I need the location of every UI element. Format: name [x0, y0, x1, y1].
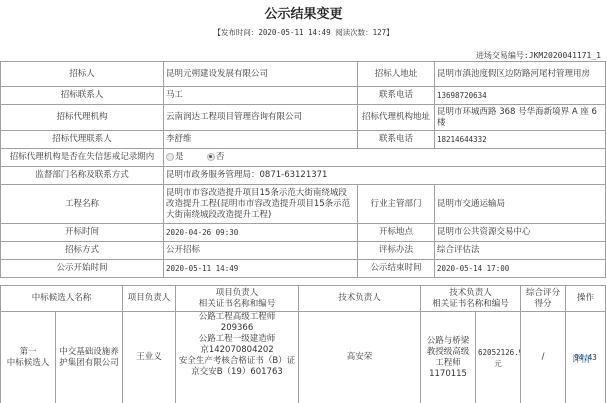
eval-label: 评标办法 — [358, 242, 435, 260]
tenderer-addr-value: 昆明市滇池度假区边防路河尾村管理用房 — [435, 62, 606, 87]
candidate-price-extra: / — [521, 312, 566, 403]
agency-contact-label: 招标代理联系人 — [1, 131, 164, 149]
row-agency: 招标代理机构 云南润达工程项目管理咨询有限公司 招标代理机构地址 昆明市环城西路… — [1, 105, 606, 131]
row-supervisor: 监督部门名称及联系方式 昆明市政务服务管理局：0871-63121371 — [1, 167, 606, 185]
col-tech-cert: 技术负责人 相关证书名称和编号 — [421, 286, 521, 312]
candidate-price: 62052126.91元 — [476, 312, 521, 403]
project-label: 工程名称 — [1, 185, 164, 224]
col-pm-cert: 项目负责人 相关证书名称和编号 — [176, 286, 299, 312]
pub-end-value: 2020-05-14 17:00 — [435, 260, 606, 278]
pub-end-label: 公示结束时间 — [358, 260, 435, 278]
pub-start-label: 公示开始时间 — [1, 260, 164, 278]
row-agency-contact: 招标代理联系人 李舒维 联系电话 18214644332 — [1, 131, 606, 149]
supervisor-value: 昆明市政务服务管理局：0871-63121371 — [164, 167, 606, 185]
radio-yes-label: 是 — [175, 152, 184, 162]
agency-phone-label: 联系电话 — [358, 131, 435, 149]
candidates-header: 中标候选人名称 项目负责人 项目负责人 相关证书名称和编号 技术负责人 技术负责… — [1, 286, 606, 312]
candidate-tech: 高安荣 — [299, 312, 421, 403]
eval-value: 综合评估法 — [435, 242, 606, 260]
tenderer-addr-label: 招标人地址 — [358, 62, 435, 87]
row-method: 招标方式 公开招标 评标办法 综合评估法 — [1, 242, 606, 260]
open-place-value: 昆明市公共资源交易中心 — [435, 224, 606, 242]
row-open: 开标时间 2020-04-26 09:30 开标地点 昆明市公共资源交易中心 — [1, 224, 606, 242]
tenderer-label: 招标人 — [1, 62, 164, 87]
candidate-rank: 第一 中标候选人 — [1, 312, 56, 403]
radio-no[interactable] — [207, 153, 215, 161]
details-link[interactable]: 详情 — [572, 352, 590, 365]
trade-number: 进场交易编号:JKM2020041171_1 — [476, 50, 601, 61]
info-table: 招标人 昆明元朔建设发展有限公司 招标人地址 昆明市滇池度假区边防路河尾村管理用… — [0, 61, 606, 278]
method-label: 招标方式 — [1, 242, 164, 260]
blacklist-options: 是 否 — [164, 149, 606, 167]
open-time-label: 开标时间 — [1, 224, 164, 242]
open-time-value: 2020-04-26 09:30 — [164, 224, 358, 242]
agency-addr-value: 昆明市环城西路 368 号华海新境界 A 座 6 楼 — [435, 105, 606, 131]
industry-value: 昆明市交通运输局 — [435, 185, 606, 224]
candidate-row: 第一 中标候选人 中交基础设施养护集团有限公司 王业义 公路工程高级工程师 20… — [1, 312, 606, 403]
candidates-table: 中标候选人名称 项目负责人 项目负责人 相关证书名称和编号 技术负责人 技术负责… — [0, 285, 606, 403]
col-candidate-name: 中标候选人名称 — [1, 286, 123, 312]
candidate-pm: 王业义 — [123, 312, 176, 403]
col-action: 操作 — [566, 286, 606, 312]
col-score: 综合评分 得分 — [521, 286, 566, 312]
open-place-label: 开标地点 — [358, 224, 435, 242]
supervisor-label: 监督部门名称及联系方式 — [1, 167, 164, 185]
row-project: 工程名称 昆明市市容改造提升项目15条示范大街南绕城段改造提升工程(昆明市市容改… — [1, 185, 606, 224]
candidate-company: 中交基础设施养护集团有限公司 — [56, 312, 123, 403]
industry-label: 行业主管部门 — [358, 185, 435, 224]
method-value: 公开招标 — [164, 242, 358, 260]
candidate-pm-cert: 公路工程高级工程师 209366 公路工程一级建造师 京142070804202… — [176, 312, 299, 403]
tenderer-value: 昆明元朔建设发展有限公司 — [164, 62, 358, 87]
row-tenderer: 招标人 昆明元朔建设发展有限公司 招标人地址 昆明市滇池度假区边防路河尾村管理用… — [1, 62, 606, 87]
candidate-tech-cert: 公路与桥梁教授级高级工程师 1170115 — [421, 312, 476, 403]
tenderer-phone-label: 联系电话 — [358, 87, 435, 105]
page-title: 公示结果变更 — [0, 3, 607, 22]
agency-label: 招标代理机构 — [1, 105, 164, 131]
row-blacklist: 招标代理机构是否在失信惩戒记录期内 是 否 — [1, 149, 606, 167]
tenderer-phone-value: 13698720634 — [435, 87, 606, 105]
col-tech: 技术负责人 — [299, 286, 421, 312]
tenderer-contact-value: 马工 — [164, 87, 358, 105]
agency-value: 云南润达工程项目管理咨询有限公司 — [164, 105, 358, 131]
pub-start-value: 2020-05-11 14:49 — [164, 260, 358, 278]
agency-phone-value: 18214644332 — [435, 131, 606, 149]
blacklist-label: 招标代理机构是否在失信惩戒记录期内 — [1, 149, 164, 167]
tenderer-contact-label: 招标联系人 — [1, 87, 164, 105]
agency-contact-value: 李舒维 — [164, 131, 358, 149]
agency-addr-label: 招标代理机构地址 — [358, 105, 435, 131]
radio-no-label: 否 — [216, 152, 225, 162]
publish-meta: 【发布时间：2020-05-11 14:49 阅读次数：127】 — [0, 27, 607, 38]
row-tenderer-contact: 招标联系人 马工 联系电话 13698720634 — [1, 87, 606, 105]
row-publicity: 公示开始时间 2020-05-11 14:49 公示结束时间 2020-05-1… — [1, 260, 606, 278]
project-value: 昆明市市容改造提升项目15条示范大街南绕城段改造提升工程(昆明市市容改造提升项目… — [164, 185, 358, 224]
col-pm: 项目负责人 — [123, 286, 176, 312]
radio-yes[interactable] — [166, 153, 174, 161]
